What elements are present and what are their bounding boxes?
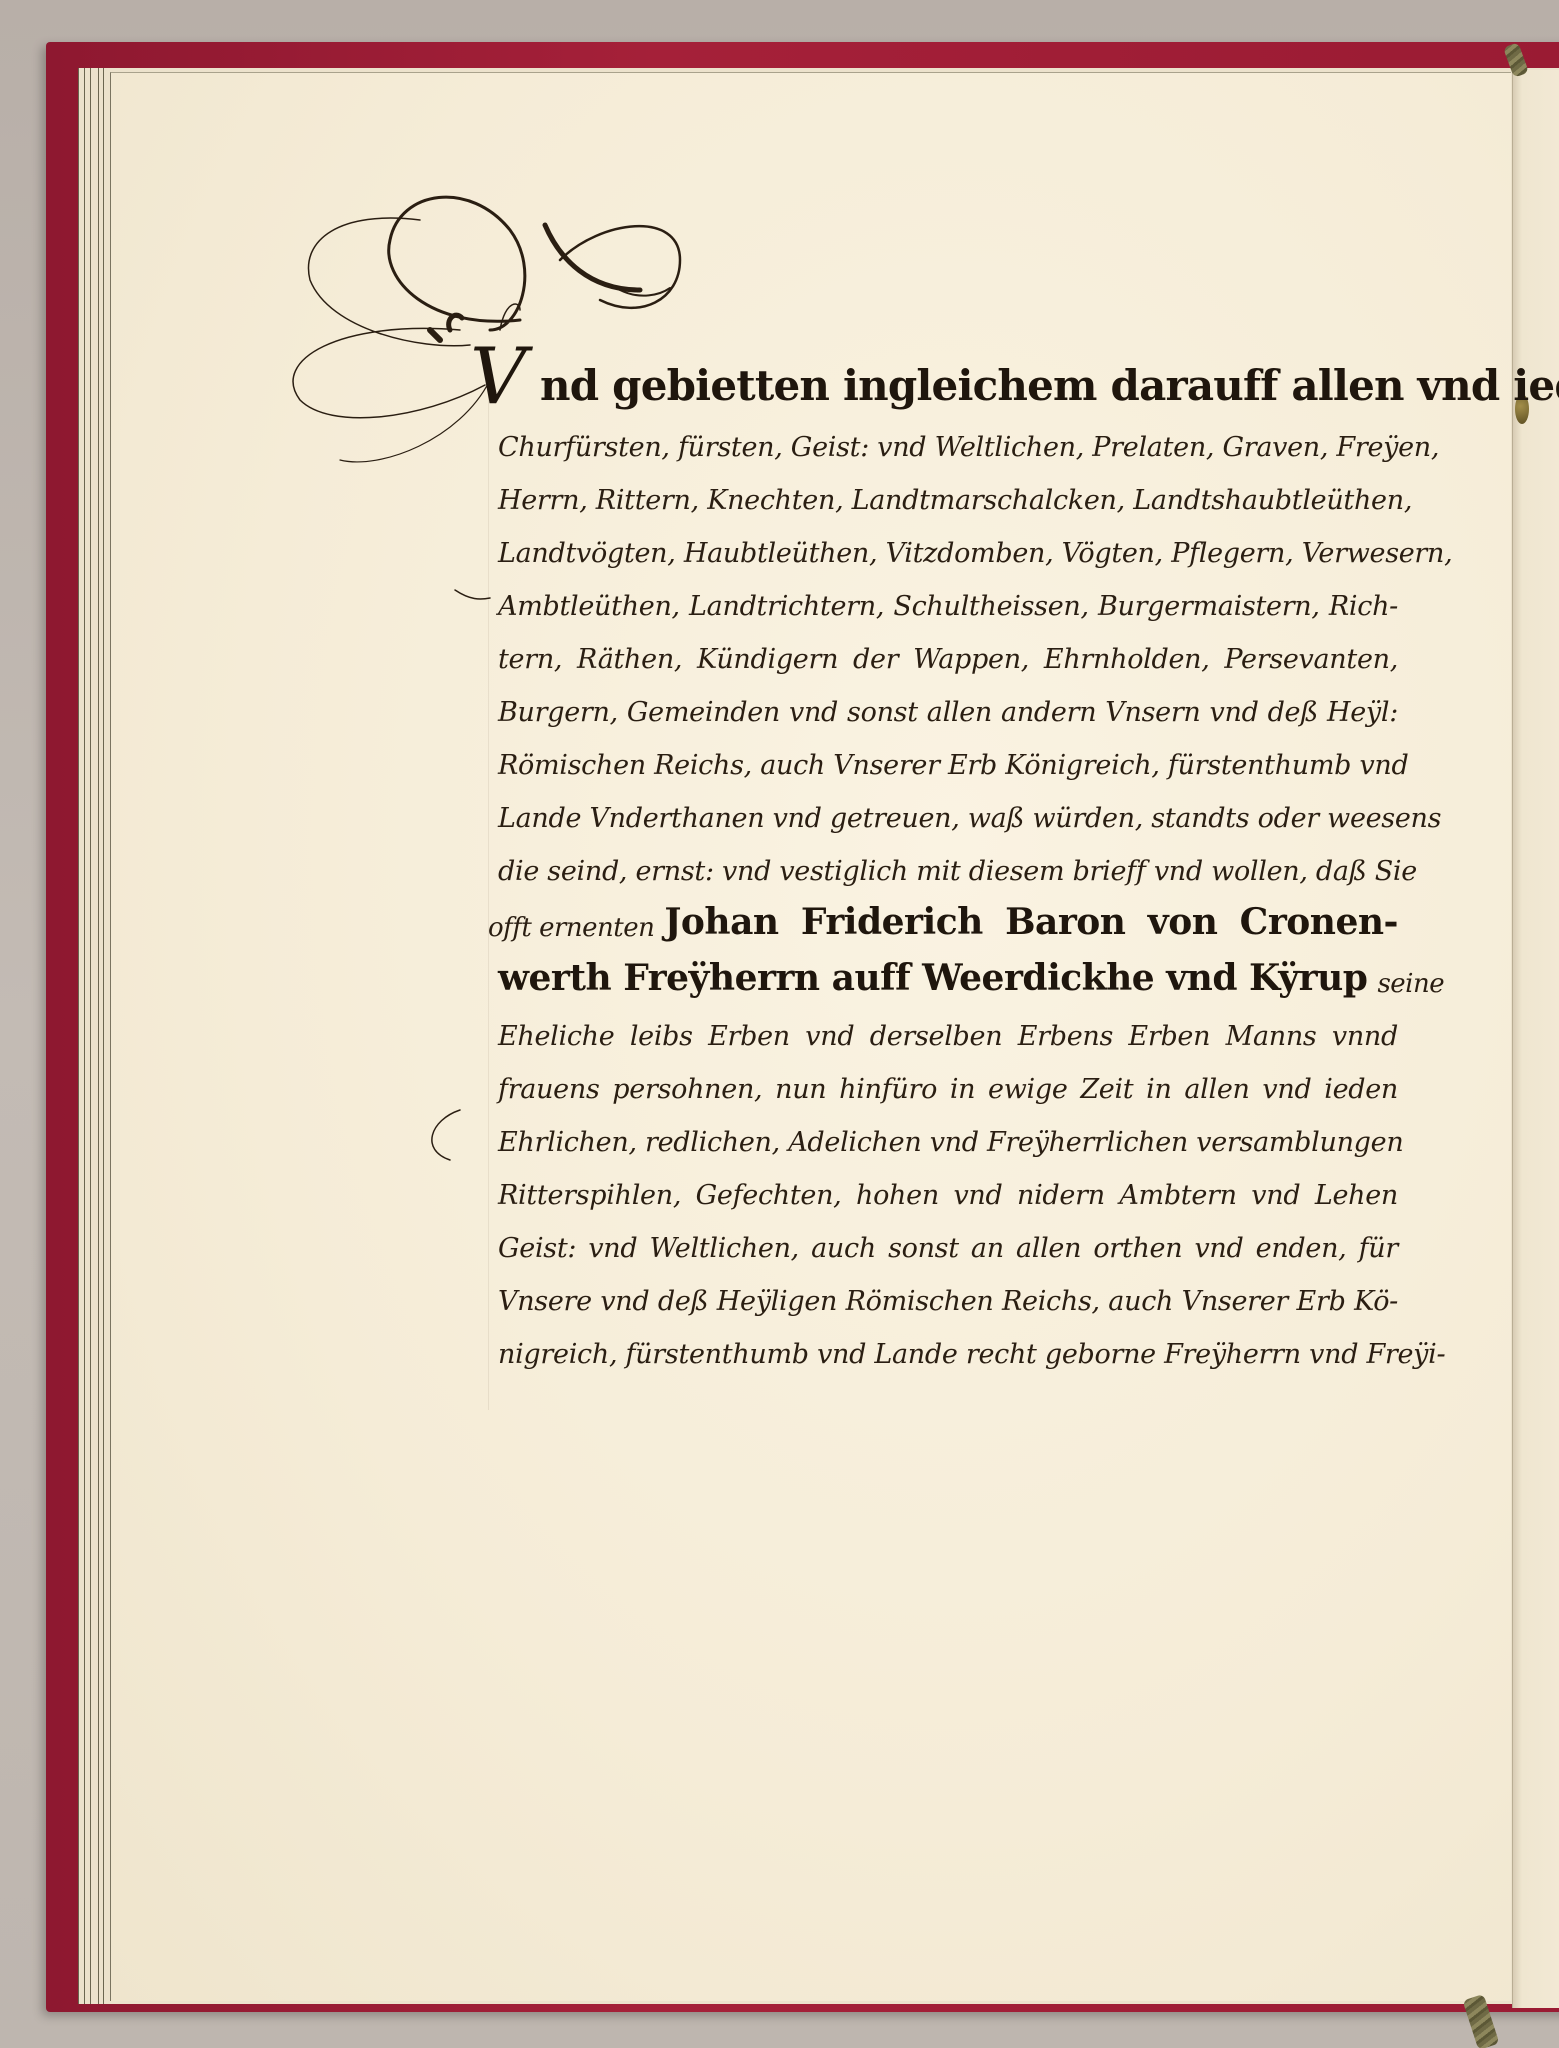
text-line: Vnsere vnd deß Heÿligen Römischen Reichs… xyxy=(488,1264,1408,1317)
text-line: frauens persohnen, nun hinfüro in ewige … xyxy=(488,1052,1408,1105)
text-line: Landtvögten, Haubtleüthen, Vitzdomben, V… xyxy=(488,516,1408,569)
text-line: Ritterspihlen, Gefechten, hohen vnd nide… xyxy=(488,1158,1408,1211)
text-line: Churfürsten, fürsten, Geist: vnd Weltlic… xyxy=(488,410,1408,463)
text-line: tern, Räthen, Kündigern der Wappen, Ehrn… xyxy=(488,622,1408,675)
text-line: die seind, ernst: vnd vestiglich mit die… xyxy=(488,834,1408,887)
text-line: Eheliche leibs Erben vnd derselben Erben… xyxy=(488,999,1408,1052)
manuscript-text: nd gebietten ingleichem darauff allen vn… xyxy=(488,340,1408,1370)
text-line: nd gebietten ingleichem darauff allen vn… xyxy=(488,340,1408,410)
text-line-name: offt ernenten Johan Friderich Baron von … xyxy=(488,887,1408,943)
text-line: Ehrlichen, redlichen, Adelichen vnd Freÿ… xyxy=(488,1105,1408,1158)
text-line-name: werth Freÿherrn auff Weerdickhe vnd Kÿru… xyxy=(488,943,1408,999)
text-line: Römischen Reichs, auch Vnserer Erb König… xyxy=(488,728,1408,781)
text-line: Ambtleüthen, Landtrichtern, Schultheisse… xyxy=(488,569,1408,622)
text-line: Burgern, Gemeinden vnd sonst allen ander… xyxy=(488,675,1408,728)
text-line: Geist: vnd Weltlichen, auch sonst an all… xyxy=(488,1211,1408,1264)
text-line: nigreich, fürstenthumb vnd Lande recht g… xyxy=(488,1317,1408,1370)
text-line: Herrn, Rittern, Knechten, Landtmarschalc… xyxy=(488,463,1408,516)
text-line: Lande Vnderthanen vnd getreuen, waß würd… xyxy=(488,781,1408,834)
